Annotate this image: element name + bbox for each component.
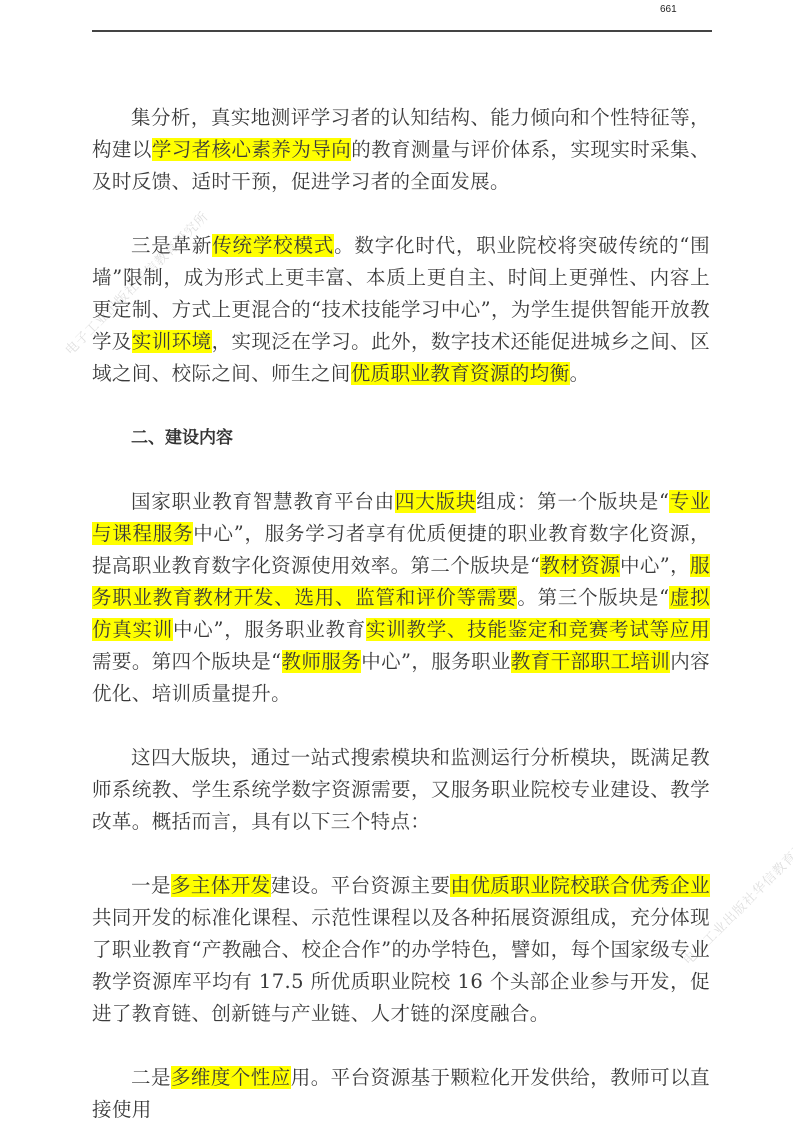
text-run: 中心”，: [620, 554, 690, 577]
paragraph-features-intro: 这四大版块，通过一站式搜索模块和监测运行分析模块，既满足教师系统教、学生系统学数…: [92, 742, 710, 838]
text-run: 共同开发的标准化课程、示范性课程以及各种拓展资源组成，充分体现了职业教育“产教融…: [92, 906, 710, 1025]
highlighted-text: 实训环境: [132, 330, 212, 353]
paragraph-assessment: 集分析，真实地测评学习者的认知结构、能力倾向和个性特征等，构建以学习者核心素养为…: [92, 102, 710, 198]
highlighted-text: 教育干部职工培训: [511, 650, 670, 673]
text-run: 需要。第四个版块是“: [92, 650, 282, 673]
highlighted-text: 多维度个性应: [171, 1066, 291, 1089]
highlighted-text: 传统学校模式: [212, 234, 334, 257]
paragraph-multi-dimension: 二是多维度个性应用。平台资源基于颗粒化开发供给，教师可以直接使用: [92, 1062, 710, 1122]
text-run: 。第三个版块是“: [517, 586, 669, 609]
text-run: 组成：第一个版块是“: [476, 490, 669, 513]
text-run: 。: [570, 362, 590, 385]
text-run: 中心”，服务职业教育: [173, 618, 366, 641]
highlighted-text: 教材资源: [540, 554, 620, 577]
paragraph-four-modules: 国家职业教育智慧教育平台由四大版块组成：第一个版块是“专业与课程服务中心”，服务…: [92, 486, 710, 710]
page-number: 661: [660, 4, 677, 15]
highlighted-text: 教师服务: [282, 650, 362, 673]
paragraph-multi-subject: 一是多主体开发建设。平台资源主要由优质职业院校联合优秀企业共同开发的标准化课程、…: [92, 870, 710, 1030]
section-heading: 二、建设内容: [92, 422, 710, 454]
text-run: 中心”，服务职业: [361, 650, 511, 673]
highlighted-text: 优质职业教育资源的均衡: [351, 362, 570, 385]
highlighted-text: 学习者核心素养为导向: [152, 138, 351, 161]
text-run: 二是: [131, 1066, 171, 1089]
highlighted-text: 由优质职业院校联合优秀企业: [450, 874, 710, 897]
highlighted-text: 多主体开发: [171, 874, 271, 897]
text-run: 建设。平台资源主要: [271, 874, 451, 897]
header-rule: [92, 30, 712, 32]
text-run: 国家职业教育智慧教育平台由: [131, 490, 395, 513]
document-body: 集分析，真实地测评学习者的认知结构、能力倾向和个性特征等，构建以学习者核心素养为…: [92, 102, 710, 1122]
text-run: 一是: [131, 874, 171, 897]
highlighted-text: 实训教学、技能鉴定和竞赛考试等应用: [366, 618, 710, 641]
text-run: 这四大版块，通过一站式搜索模块和监测运行分析模块，既满足教师系统教、学生系统学数…: [92, 746, 710, 833]
text-run: 三是革新: [131, 234, 212, 257]
paragraph-school-model: 三是革新传统学校模式。数字化时代，职业院校将突破传统的“围墙”限制，成为形式上更…: [92, 230, 710, 390]
highlighted-text: 四大版块: [395, 490, 476, 513]
